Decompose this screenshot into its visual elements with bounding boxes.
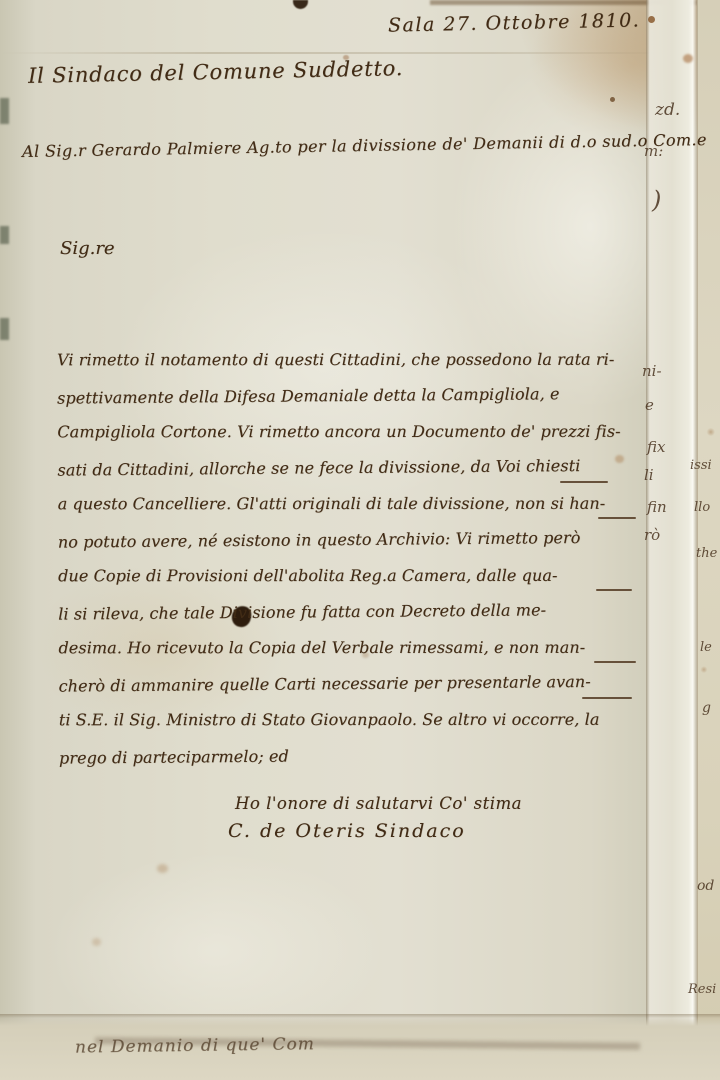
body-line: spettivamente della Difesa Demaniale det… (57, 383, 649, 424)
dateline: Sala 27. Ottobre 1810. (388, 9, 641, 36)
letter-body: Vi rimetto il notamento di questi Cittad… (57, 348, 651, 783)
body-line: sati da Cittadini, allorche se ne fece l… (57, 455, 649, 496)
margin-fragment: zd. (655, 100, 680, 120)
paper-stain (683, 54, 693, 63)
closing-line: Ho l'onore di salutarvi Co' stima (235, 794, 522, 813)
margin-fragment: llo (694, 500, 710, 515)
paper-hole (293, 0, 308, 9)
left-edge-mark (0, 98, 9, 124)
left-edge-mark (0, 226, 9, 244)
body-line: cherò di ammanire quelle Carti necessari… (59, 671, 651, 712)
body-line: due Copie di Provisioni dell'abolita Reg… (58, 566, 650, 603)
signature-line: C. de Oteris Sindaco (228, 820, 466, 842)
body-line: li si rileva, che tale Divisione fu fatt… (58, 599, 650, 640)
margin-fragment: issi (690, 458, 712, 473)
body-line: ti S.E. il Sig. Ministro di Stato Giovan… (59, 710, 651, 747)
body-line: Vi rimetto il notamento di questi Cittad… (57, 350, 649, 387)
paper-stain (610, 97, 615, 102)
margin-fragment: Resi (688, 982, 716, 997)
body-line: desima. Ho ricevuto la Copia del Verbale… (58, 638, 650, 675)
recipient-line-2: Al Sig.r Gerardo Palmiere Ag.to per la d… (22, 130, 707, 161)
left-edge-mark (0, 318, 9, 340)
recipient-line-1: Il Sindaco del Comune Suddetto. (28, 56, 404, 88)
paper-stain (648, 16, 655, 23)
salutation: Sig.re (60, 238, 115, 259)
body-line: no potuto avere, né esistono in questo A… (58, 527, 650, 568)
margin-fragment: ) (652, 186, 661, 214)
body-line: prego di parteciparmelo; ed (59, 743, 651, 784)
horizontal-crease (0, 52, 700, 54)
margin-fragment: fix (647, 438, 665, 456)
underlying-page-right-edge (697, 0, 720, 1080)
body-line: a questo Cancelliere. Gl'atti originali … (58, 494, 650, 531)
margin-fragment: g (702, 700, 711, 716)
underlying-page-bottom: nel Demanio di que' Com (0, 1014, 720, 1080)
manuscript-photo: Sala 27. Ottobre 1810. Il Sindaco del Co… (0, 0, 720, 1080)
paper-stain (92, 938, 101, 946)
margin-fragment: fin (647, 498, 667, 516)
bottom-fragment-text: nel Demanio di que' Com (75, 1034, 315, 1057)
body-line: Campigliola Cortone. Vi rimetto ancora u… (57, 422, 649, 459)
margin-fragment: le (700, 640, 712, 655)
paper-stain (157, 864, 168, 873)
margin-fragment: the (696, 546, 717, 561)
margin-fragment: od (697, 878, 714, 894)
